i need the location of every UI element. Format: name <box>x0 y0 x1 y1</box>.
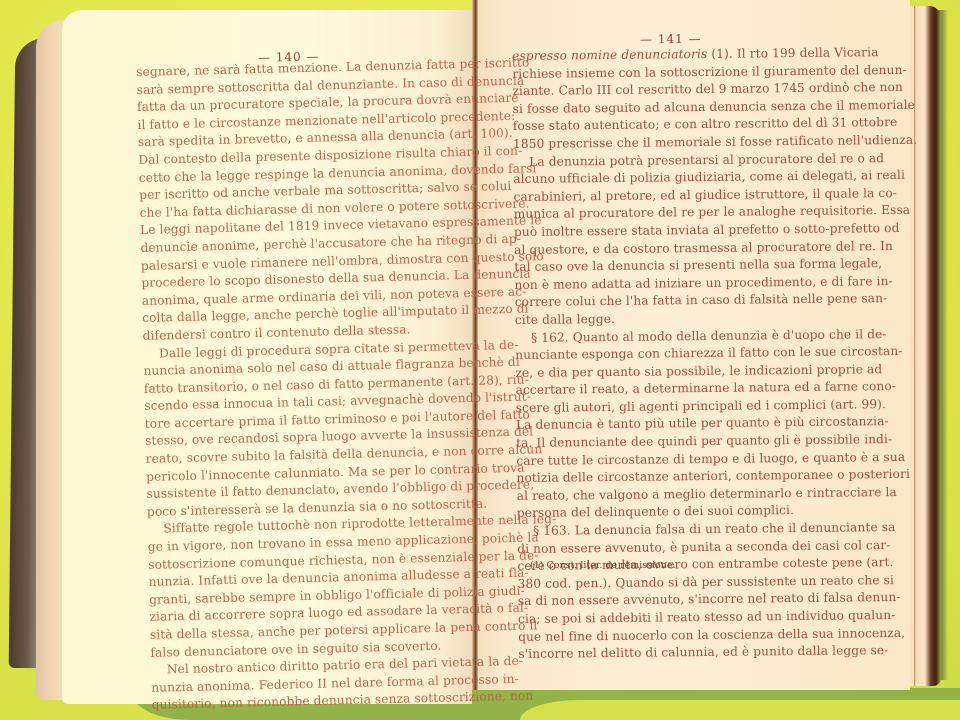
text-line-rest: (1). Il rto 199 della Vicaria <box>707 45 878 61</box>
page-number-right: — 141 — <box>640 32 702 47</box>
italic-phrase: espresso nomine denunciatoris <box>512 47 707 63</box>
text-line: s'incorre nel delitto di calunnia, ed è … <box>518 643 818 664</box>
footnote: (1) Const. liter. de remissione. <box>530 560 676 571</box>
background-highlight <box>520 700 960 720</box>
text-line: correre colui che l'ha fatta in caso di … <box>515 291 815 312</box>
left-page-text: segnare, ne sarà fatta menzione. La denu… <box>136 57 456 715</box>
